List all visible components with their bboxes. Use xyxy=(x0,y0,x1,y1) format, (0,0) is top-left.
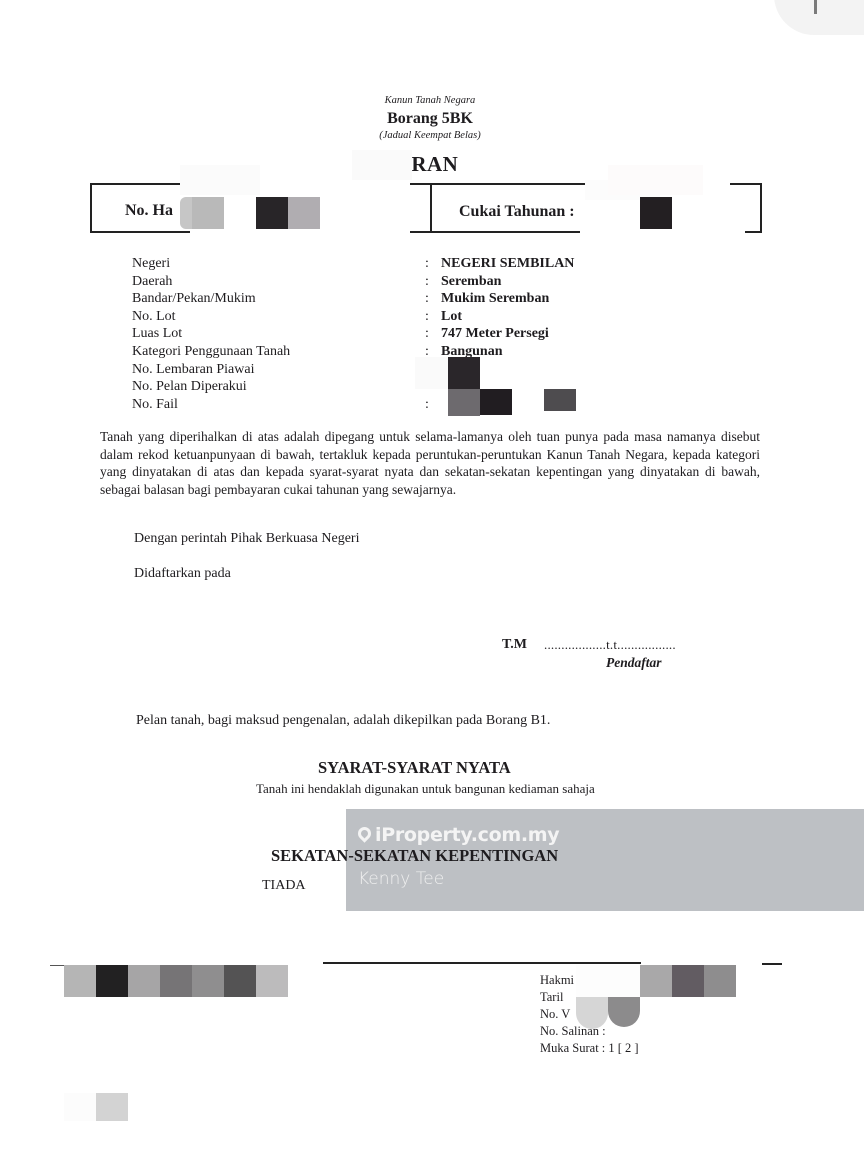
signature-line: ..................t.t................. xyxy=(544,637,676,653)
registered-label: Didaftarkan pada xyxy=(134,566,231,582)
location-pin-icon xyxy=(355,824,373,842)
redaction xyxy=(96,965,128,997)
detail-value: Lot xyxy=(441,309,462,324)
detail-label: Negeri xyxy=(132,255,290,273)
redaction xyxy=(576,965,640,997)
redaction xyxy=(64,1093,96,1121)
redaction xyxy=(192,965,224,997)
cukai-label: Cukai Tahunan : xyxy=(459,203,575,221)
detail-label: No. Fail xyxy=(132,396,290,414)
tenure-paragraph: Tanah yang diperihalkan di atas adalah d… xyxy=(100,428,760,498)
act-name: Kanun Tanah Negara xyxy=(330,95,530,106)
detail-label: Bandar/Pekan/Mukim xyxy=(132,290,290,308)
redaction xyxy=(640,197,672,229)
watermark-agent: Kenny Tee xyxy=(358,869,444,889)
detail-label: Luas Lot xyxy=(132,325,290,343)
redaction xyxy=(128,965,160,997)
redaction xyxy=(180,165,260,195)
watermark-logo: iProperty.com.my xyxy=(358,824,559,846)
detail-value: Seremban xyxy=(441,274,501,289)
redaction xyxy=(352,150,412,180)
plan-note: Pelan tanah, bagi maksud pengenalan, ada… xyxy=(136,713,550,729)
redaction xyxy=(704,965,736,997)
redaction xyxy=(180,197,192,229)
restrictions-title: SEKATAN-SEKATAN KEPENTINGAN xyxy=(271,846,558,866)
detail-label: No. Lot xyxy=(132,308,290,326)
detail-label: No. Lembaran Piawai xyxy=(132,361,290,379)
redaction xyxy=(288,197,320,229)
corner-tab xyxy=(774,0,864,35)
handle-icon xyxy=(814,0,817,14)
express-conditions-title: SYARAT-SYARAT NYATA xyxy=(318,758,511,778)
detail-label: Daerah xyxy=(132,273,290,291)
detail-value: 747 Meter Persegi xyxy=(441,326,549,341)
redaction xyxy=(64,965,96,997)
redaction xyxy=(415,357,450,389)
form-name: Borang 5BK xyxy=(330,110,530,128)
redaction xyxy=(672,965,704,997)
footer-rule xyxy=(762,963,782,965)
detail-label: Kategori Penggunaan Tanah xyxy=(132,343,290,361)
hakmilik-label: No. Ha xyxy=(125,202,173,220)
redaction xyxy=(544,389,576,411)
authority-line: Dengan perintah Pihak Berkuasa Negeri xyxy=(134,531,359,547)
registrar-role: Pendaftar xyxy=(606,655,662,671)
redaction xyxy=(608,165,703,195)
redaction xyxy=(256,197,288,229)
redaction xyxy=(448,389,480,416)
redaction xyxy=(96,1093,128,1121)
redaction xyxy=(480,389,512,415)
redaction xyxy=(256,965,288,997)
detail-value: NEGERI SEMBILAN xyxy=(441,256,574,271)
detail-value: Mukim Seremban xyxy=(441,291,549,306)
details-labels: Negeri Daerah Bandar/Pekan/Mukim No. Lot… xyxy=(132,255,290,413)
footer-rule xyxy=(323,962,641,964)
footer-row: Muka Surat : 1 [ 2 ] xyxy=(540,1040,639,1057)
express-conditions-text: Tanah ini hendaklah digunakan untuk bang… xyxy=(256,781,595,797)
redaction xyxy=(192,197,224,229)
schedule-name: (Jadual Keempat Belas) xyxy=(330,130,530,141)
redaction xyxy=(576,997,608,1029)
redaction xyxy=(640,965,672,997)
redaction xyxy=(160,965,192,997)
redaction xyxy=(224,965,256,997)
detail-label: No. Pelan Diperakui xyxy=(132,378,290,396)
tm-label: T.M xyxy=(502,637,527,653)
redaction xyxy=(448,357,480,389)
restrictions-text: TIADA xyxy=(262,878,306,894)
